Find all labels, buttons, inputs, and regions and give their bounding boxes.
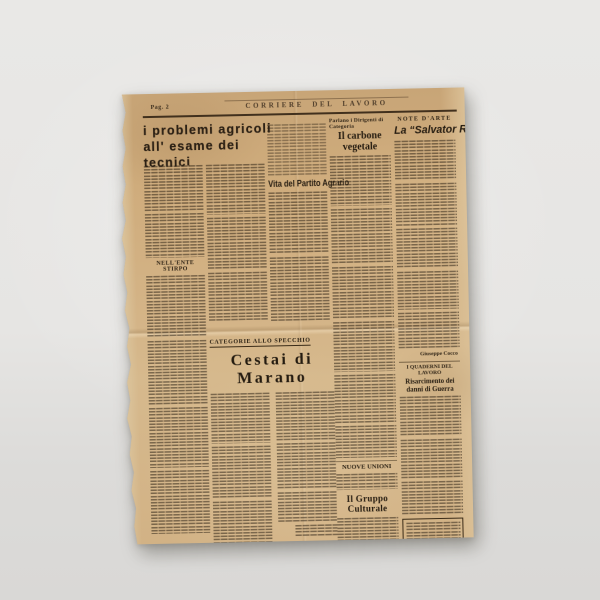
body-text-block — [207, 217, 267, 270]
body-text-block — [270, 256, 330, 321]
cestai-headline: Cestai di Marano — [210, 350, 335, 389]
page-number: Pag. 2 — [151, 105, 170, 111]
body-text-block — [150, 470, 210, 534]
cestai-body — [211, 391, 338, 554]
carbone-headline: Il carbone vegetale — [329, 130, 390, 153]
newspaper-page-wrapper: Pag. 2 CORRIERE DEL LAVORO i problemi ag… — [116, 87, 473, 544]
photo-background: Pag. 2 CORRIERE DEL LAVORO i problemi ag… — [0, 0, 600, 600]
cestai-article: CATEGORIE ALLO SPECCHIO Cestai di Marano — [209, 328, 338, 554]
body-text-block — [145, 213, 205, 258]
body-text-block — [147, 340, 207, 405]
body-text-block — [401, 439, 463, 479]
body-text-block — [211, 393, 271, 444]
body-text-block — [213, 501, 273, 551]
body-text-block — [268, 191, 328, 254]
body-text-block — [336, 473, 397, 490]
lead-article-subhead: NELL'ENTE STIRPO — [146, 260, 205, 273]
note-arte-section: NOTE D'ARTE — [394, 116, 455, 123]
signature-block — [295, 524, 338, 537]
body-text-block — [333, 321, 395, 372]
body-text-block — [337, 517, 399, 566]
administration-list-block — [267, 123, 327, 176]
body-text-block — [396, 228, 458, 269]
carbone-kicker: Parlano i Dirigenti di Categoria — [329, 117, 390, 130]
body-text-block — [146, 275, 206, 338]
classified-ad-box — [402, 518, 464, 550]
body-text-block — [208, 272, 268, 322]
cestai-body-left — [211, 393, 273, 554]
cestai-kicker: CATEGORIE ALLO SPECCHIO — [209, 338, 310, 348]
body-text-block — [400, 396, 462, 437]
body-text-block — [212, 446, 272, 499]
body-text-block — [335, 425, 397, 458]
body-text-block — [398, 312, 460, 349]
body-text-block — [394, 140, 456, 181]
salvator-headline: La “Salvator Rosa„ — [394, 124, 453, 137]
column-5: NOTE D'ARTE La “Salvator Rosa„ Giuseppe … — [394, 116, 464, 550]
quaderni-section-title: I QUADERNI DEL LAVORO — [399, 361, 460, 377]
body-text-block — [334, 374, 396, 423]
body-text-block — [144, 165, 204, 211]
column-3: Vita del Partito Agrario — [267, 123, 330, 324]
body-text-block — [278, 491, 338, 522]
partito-section-title: Vita del Partito Agrario — [268, 177, 327, 189]
body-text-block — [331, 208, 393, 264]
body-text-block — [330, 155, 392, 206]
body-text-block — [277, 442, 337, 489]
body-text-block — [276, 391, 336, 440]
cestai-body-right — [276, 391, 338, 552]
column-4: Parlano i Dirigenti di Categoria Il carb… — [329, 117, 399, 569]
unioni-section-title: NUOVE UNIONI — [336, 460, 397, 471]
body-text-block — [395, 183, 457, 226]
newspaper-page: Pag. 2 CORRIERE DEL LAVORO i problemi ag… — [116, 87, 473, 544]
note-arte-byline: Giuseppe Cocco — [399, 351, 458, 358]
quaderni-headline: Risarcimento dei danni di Guerra — [399, 378, 460, 394]
gruppo-headline: Il Gruppo Culturale — [337, 493, 398, 514]
body-text-block — [149, 407, 209, 468]
body-text-block — [332, 266, 394, 319]
body-text-block — [206, 164, 266, 215]
body-text-block — [401, 481, 463, 515]
column-1: NELL'ENTE STIRPO — [144, 165, 211, 537]
column-2 — [206, 164, 268, 325]
body-text-block — [397, 271, 459, 310]
lead-headline-line1: i problemi agricoli — [143, 120, 275, 139]
ad-text-block — [406, 521, 460, 546]
